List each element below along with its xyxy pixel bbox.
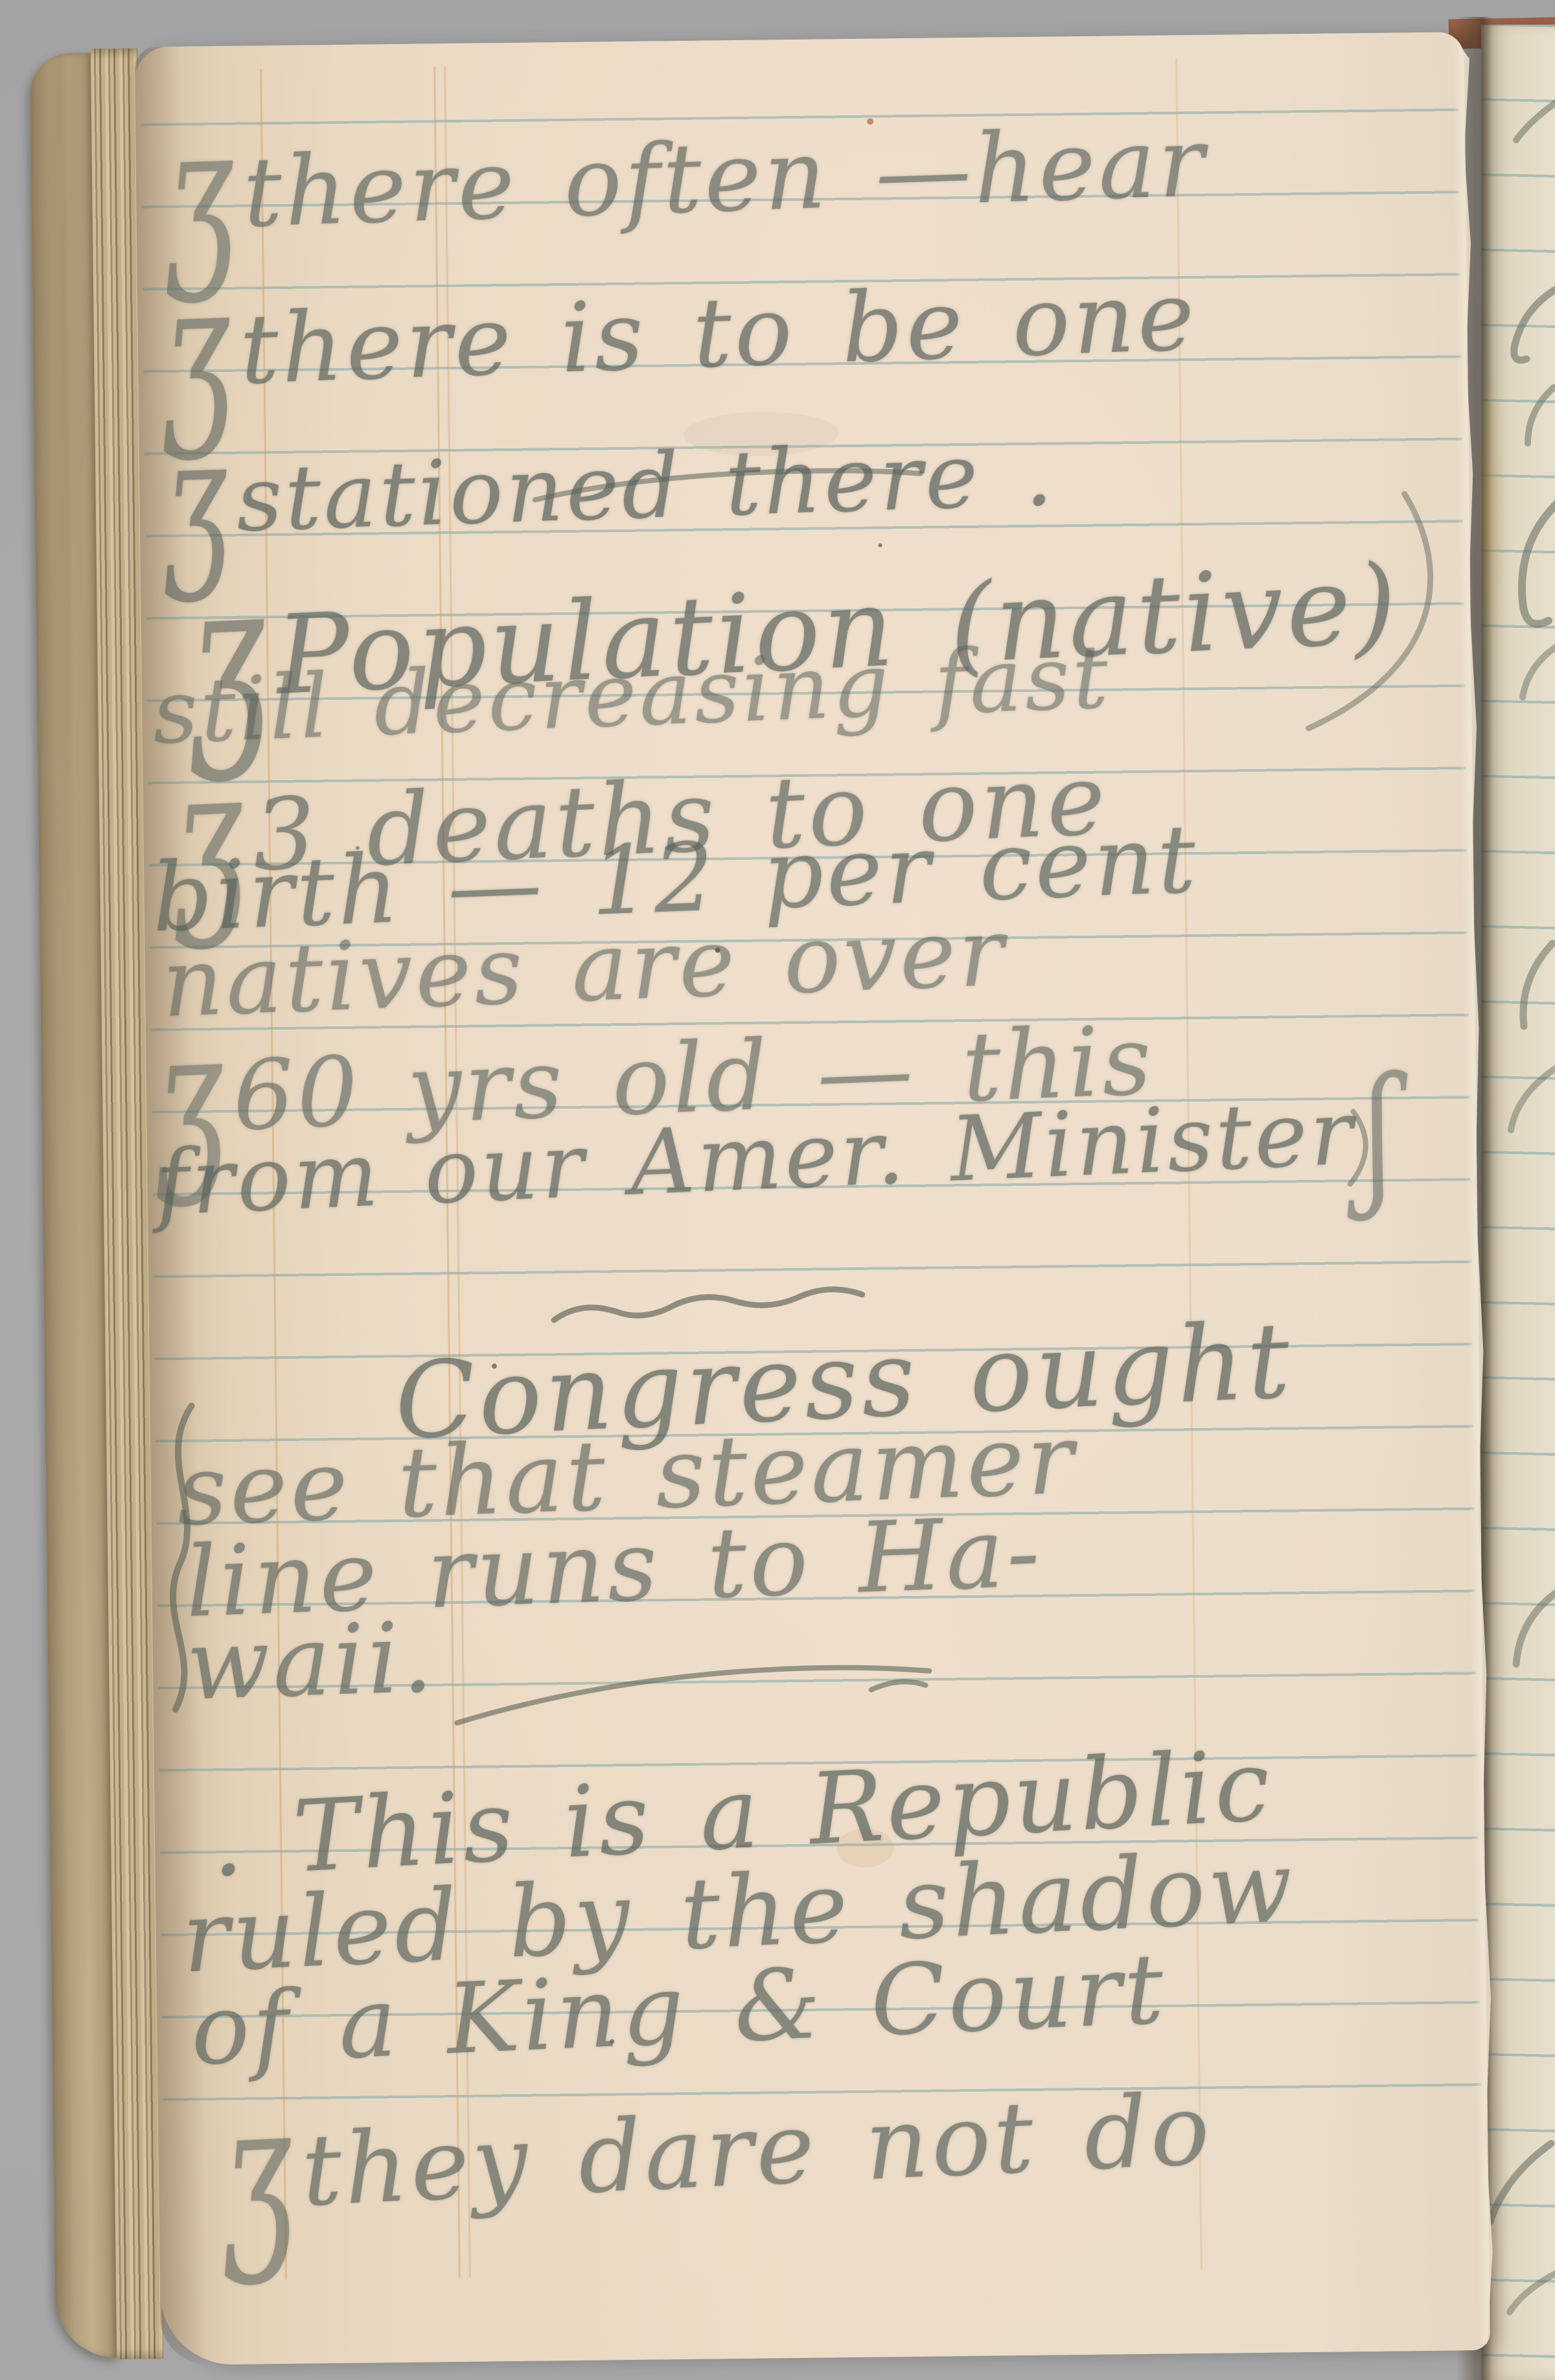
handwriting-text: there often —hear — [242, 106, 1209, 249]
handwriting-text: they dare not do — [299, 2072, 1215, 2228]
handwriting-text: stationed there . — [235, 421, 1057, 552]
notebook-page: ʒthere often —hearʒthere is to be oneʒst… — [135, 32, 1490, 2365]
handwriting-text: there is to be one — [238, 260, 1199, 406]
flourish-mark: ʃ — [1360, 1044, 1400, 1223]
handwriting-line: ʒthere is to be one — [159, 235, 1199, 415]
handwriting-line: waii. — [185, 1601, 437, 1722]
handwriting-text: waii. — [185, 1601, 437, 1722]
handwriting-layer: ʒthere often —hearʒthere is to be oneʒst… — [135, 32, 1490, 2365]
notebook: ʒthere often —hearʒthere is to be oneʒst… — [30, 32, 1450, 2366]
scanned-notebook-photo: { "document": { "kind": "handwritten not… — [0, 0, 1555, 2380]
flourish-mark: ʒ — [216, 2057, 301, 2289]
handwriting-line: ʒthere often —hear — [163, 81, 1209, 258]
